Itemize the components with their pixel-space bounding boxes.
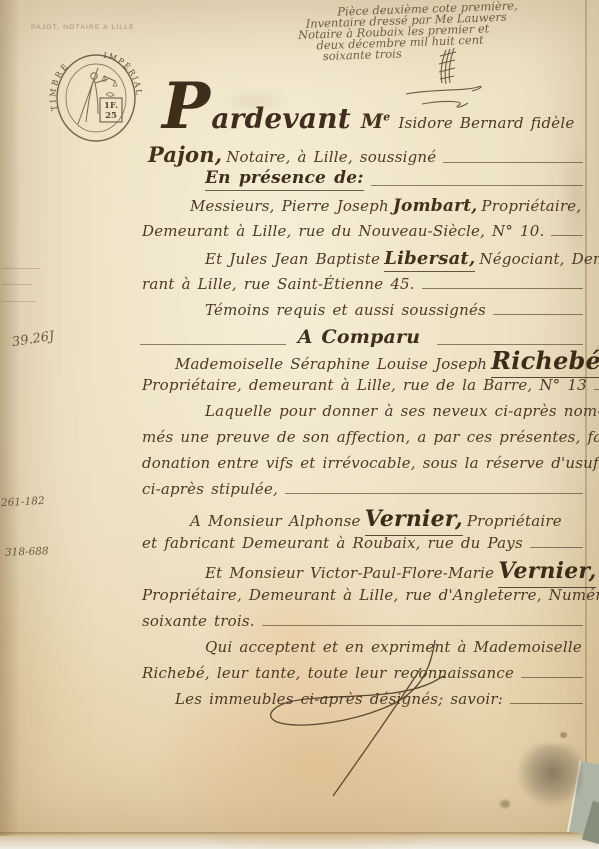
witness1-surname: Jombart, xyxy=(393,196,478,217)
opening-word: ardevant xyxy=(211,101,351,136)
notary-given-names: Isidore Bernard fidèle xyxy=(398,114,574,133)
donor-address-line: Propriétaire, demeurant à Lille, rue de … xyxy=(142,376,585,395)
donee1-address: et fabricant Demeurant à Roubaix, rue du… xyxy=(142,534,523,553)
svg-text:1F.: 1F. xyxy=(104,101,118,111)
scanner-background-strip xyxy=(0,836,599,849)
donee1-given-names: A Monsieur Alphonse xyxy=(190,512,361,531)
stamp-denomination: 1F. 25 xyxy=(100,98,122,122)
filler-rule xyxy=(437,344,583,345)
witness2-surname: Libersat, xyxy=(384,248,475,272)
filler-rule xyxy=(551,235,583,236)
svg-text:25: 25 xyxy=(105,111,117,121)
maitre-m: M xyxy=(361,109,383,133)
notary-surname: Pajon, xyxy=(148,142,222,168)
edge-mark xyxy=(2,301,36,302)
stamp-arc-text-right: IMPÉRIAL xyxy=(103,51,144,97)
filler-rule xyxy=(262,625,583,626)
donation-clause-text: Laquelle pour donner à ses neveux ci-apr… xyxy=(205,402,599,421)
witness1-quality: Propriétaire, xyxy=(481,197,581,216)
filler-rule xyxy=(594,389,599,390)
filler-rule xyxy=(422,288,583,289)
witness1-prefix: Messieurs, Pierre Joseph xyxy=(190,197,389,216)
presence-heading-line: En présence de: xyxy=(205,168,585,191)
witness2-address: rant à Lille, rue Saint-Étienne 45. xyxy=(142,275,415,294)
ornate-initial-capital: P xyxy=(162,78,210,136)
page-left-edge-shadow xyxy=(0,0,20,849)
page-right-edge xyxy=(585,0,587,849)
filler-rule xyxy=(493,314,583,315)
filler-rule xyxy=(510,703,583,704)
donation-clause-line-2: més une preuve de son affection, a par c… xyxy=(142,428,585,447)
donation-clause-line-1: Laquelle pour donner à ses neveux ci-apr… xyxy=(205,402,585,421)
donee2-address-number: soixante trois. xyxy=(142,612,255,631)
notary-office-printed-label: PAJOT, NOTAIRE A LILLE xyxy=(31,24,146,31)
witness2-prefix: Et Jules Jean Baptiste xyxy=(205,250,380,269)
witness1-line: Messieurs, Pierre Joseph Jombart, Propri… xyxy=(190,196,585,217)
donation-clause-line-3: donation entre vifs et irrévocable, sous… xyxy=(142,454,585,473)
donee2-surname: Vernier, xyxy=(498,558,596,588)
underlying-pages-corner xyxy=(559,753,599,843)
filler-rule xyxy=(530,547,583,548)
filler-rule xyxy=(521,677,583,678)
foot-signature-flourish xyxy=(225,638,465,803)
witness1-address: Demeurant à Lille, rue du Nouveau-Siècle… xyxy=(142,222,544,241)
donation-clause-text: més une preuve de son affection, a par c… xyxy=(142,428,599,447)
donee1-surname: Vernier, xyxy=(365,506,463,536)
filler-rule xyxy=(285,493,583,494)
donor-given-names: Mademoiselle Séraphine Louise Joseph xyxy=(175,355,487,374)
page-bottom-edge xyxy=(0,832,599,834)
donee2-address-line-2: soixante trois. xyxy=(142,612,585,631)
margin-note: 261-182 xyxy=(1,495,45,509)
donee2-address-line-1: Propriétaire, Demeurant à Lille, rue d'A… xyxy=(142,586,585,605)
witness2-quality: Négociant, Demeu- xyxy=(479,250,599,269)
edge-mark xyxy=(2,268,40,269)
small-stain-dot xyxy=(560,732,567,738)
small-stain-dot xyxy=(500,800,510,808)
donee2-line: Et Monsieur Victor-Paul-Flore-Marie Vern… xyxy=(205,558,585,588)
deed-opening-line: P ardevant Me Isidore Bernard fidèle xyxy=(162,78,585,136)
donation-clause-text: donation entre vifs et irrévocable, sous… xyxy=(142,454,599,473)
notary-title: Notaire, à Lille, soussigné xyxy=(226,148,436,167)
filler-rule xyxy=(371,185,583,186)
maitre-abbreviation: Me xyxy=(361,109,391,134)
scanned-notarial-deed-page: PAJOT, NOTAIRE A LILLE TIMBRE IMPÉRIAL xyxy=(0,0,599,849)
witness2-address-line: rant à Lille, rue Saint-Étienne 45. xyxy=(142,275,585,294)
filler-rule xyxy=(140,344,286,345)
witness1-address-line: Demeurant à Lille, rue du Nouveau-Siècle… xyxy=(142,222,585,241)
witness-clause-line: Témoins requis et aussi soussignés xyxy=(205,301,585,320)
donation-clause-line-4: ci-après stipulée, xyxy=(142,480,585,499)
edge-mark xyxy=(2,284,32,285)
witness2-line: Et Jules Jean Baptiste Libersat, Négocia… xyxy=(205,248,585,272)
notary-name-line: Pajon, Notaire, à Lille, soussigné xyxy=(148,142,585,168)
donor-address: Propriétaire, demeurant à Lille, rue de … xyxy=(142,376,587,395)
donee1-quality: Propriétaire xyxy=(467,512,562,531)
donor-line: Mademoiselle Séraphine Louise Joseph Ric… xyxy=(175,346,585,378)
timbre-imperial-fiscal-stamp: TIMBRE IMPÉRIAL 1F. 25 xyxy=(48,52,144,144)
presence-heading: En présence de: xyxy=(205,168,364,191)
donor-surname: Richebé, xyxy=(491,346,599,378)
donee2-given-names: Et Monsieur Victor-Paul-Flore-Marie xyxy=(205,564,494,583)
maitre-sup: e xyxy=(383,110,390,123)
witness-clause: Témoins requis et aussi soussignés xyxy=(205,301,486,320)
donation-clause-text: ci-après stipulée, xyxy=(142,480,278,499)
donee2-address: Propriétaire, Demeurant à Lille, rue d'A… xyxy=(142,586,599,605)
donee1-line: A Monsieur Alphonse Vernier, Propriétair… xyxy=(190,506,585,536)
filler-rule xyxy=(443,162,583,163)
donee1-address-line: et fabricant Demeurant à Roubaix, rue du… xyxy=(142,534,585,553)
margin-note: 318-688 xyxy=(5,545,49,559)
